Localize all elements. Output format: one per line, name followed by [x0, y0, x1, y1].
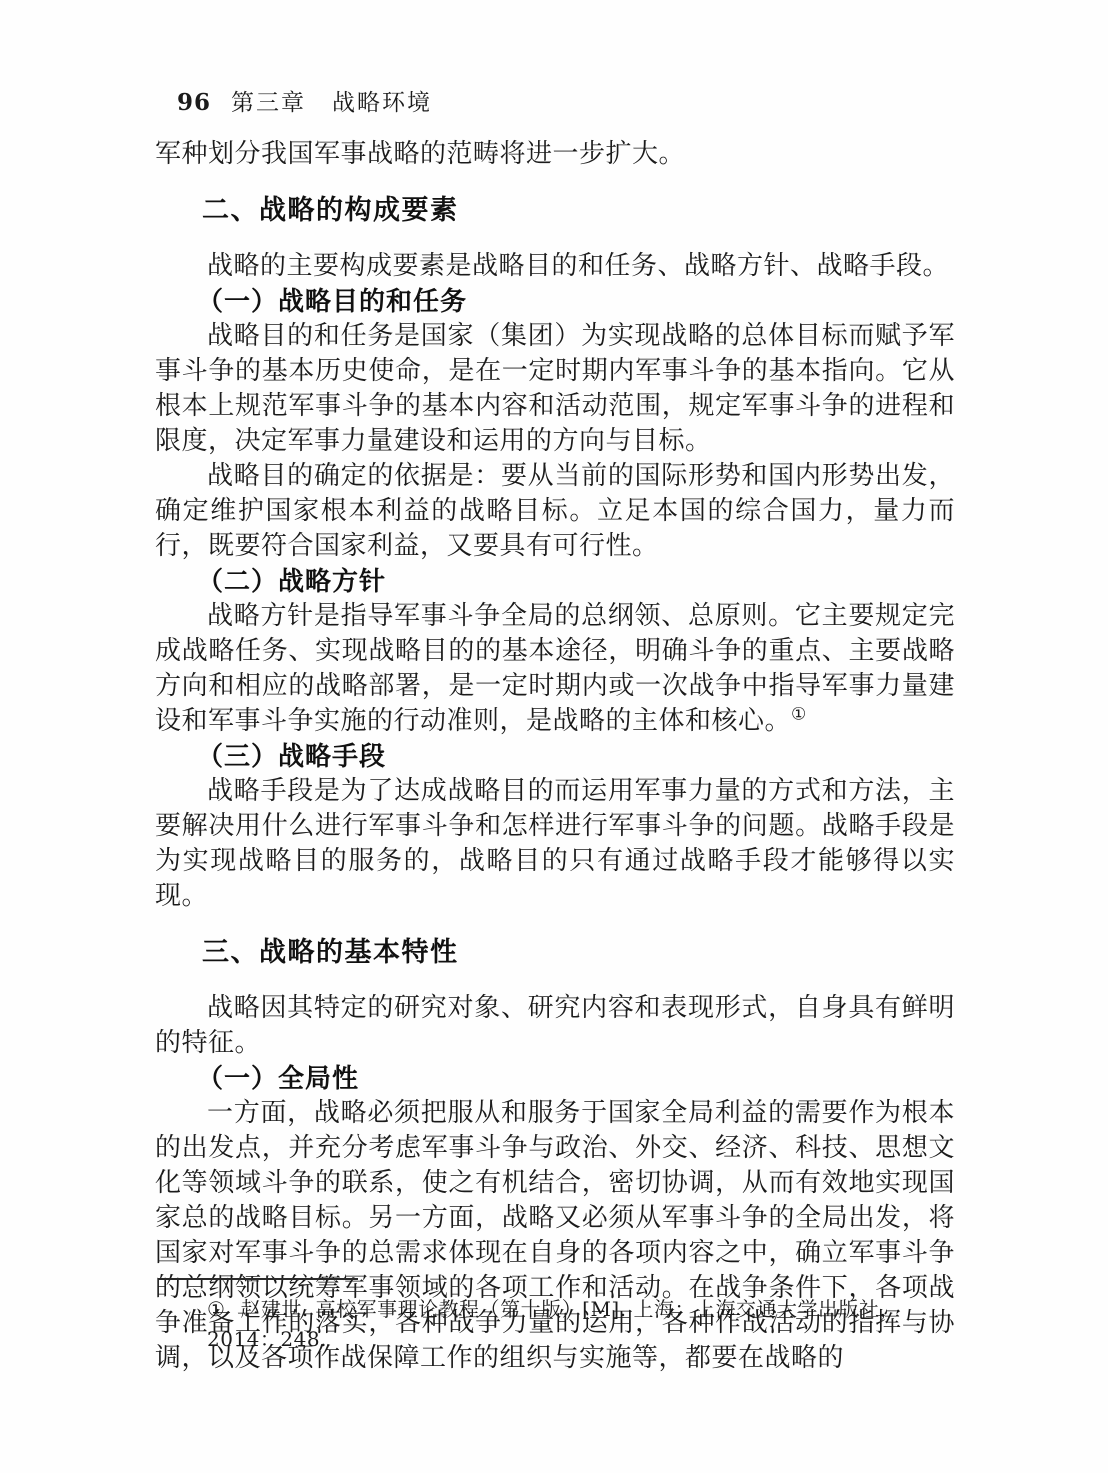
paragraph: 战略因其特定的研究对象、研究内容和表现形式，自身具有鲜明的特征。: [155, 991, 955, 1061]
footnote-divider: [158, 1278, 358, 1280]
paragraph: 战略目的和任务是国家（集团）为实现战略的总体目标而赋予军事斗争的基本历史使命，是…: [155, 319, 955, 459]
subsection-heading-1: （一）战略目的和任务: [155, 284, 955, 319]
footnote-ref-marker: ①: [791, 704, 806, 724]
section-heading-3: 三、战略的基本特性: [155, 935, 955, 970]
footnote-marker: ①: [207, 1297, 225, 1321]
body-text-column: 军种划分我国军事战略的范畴将进一步扩大。 二、战略的构成要素 战略的主要构成要素…: [155, 137, 955, 1376]
subsection-heading-3: （三）战略手段: [155, 739, 955, 774]
running-head: 96 第三章 战略环境: [177, 84, 432, 117]
paragraph-continuation: 军种划分我国军事战略的范畴将进一步扩大。: [155, 137, 955, 172]
book-page: 96 第三章 战略环境 军种划分我国军事战略的范畴将进一步扩大。 二、战略的构成…: [0, 0, 1108, 1473]
paragraph: 战略目的确定的依据是：要从当前的国际形势和国内形势出发，确定维护国家根本利益的战…: [155, 459, 955, 564]
paragraph: 战略手段是为了达成战略目的而运用军事力量的方式和方法，主要解决用什么进行军事斗争…: [155, 774, 955, 914]
page-number: 96: [177, 89, 211, 116]
chapter-label: 第三章: [231, 84, 306, 117]
section-heading-2: 二、战略的构成要素: [155, 193, 955, 228]
subsection-heading-overall: （一）全局性: [155, 1061, 955, 1096]
footnote-area: ①赵建世. 高校军事理论教程（第十版）[M]. 上海：上海交通大学出版社，201…: [155, 1270, 955, 1354]
subsection-heading-2: （二）战略方针: [155, 564, 955, 599]
footnote-text: 赵建世. 高校军事理论教程（第十版）[M]. 上海：上海交通大学出版社，2014…: [207, 1297, 900, 1351]
paragraph: 战略的主要构成要素是战略目的和任务、战略方针、战略手段。: [155, 249, 955, 284]
paragraph-text: 战略方针是指导军事斗争全局的总纲领、总原则。它主要规定完成战略任务、实现战略目的…: [155, 601, 955, 736]
chapter-title: 战略环境: [332, 84, 432, 117]
footnote: ①赵建世. 高校军事理论教程（第十版）[M]. 上海：上海交通大学出版社，201…: [155, 1294, 955, 1354]
paragraph: 战略方针是指导军事斗争全局的总纲领、总原则。它主要规定完成战略任务、实现战略目的…: [155, 599, 955, 739]
